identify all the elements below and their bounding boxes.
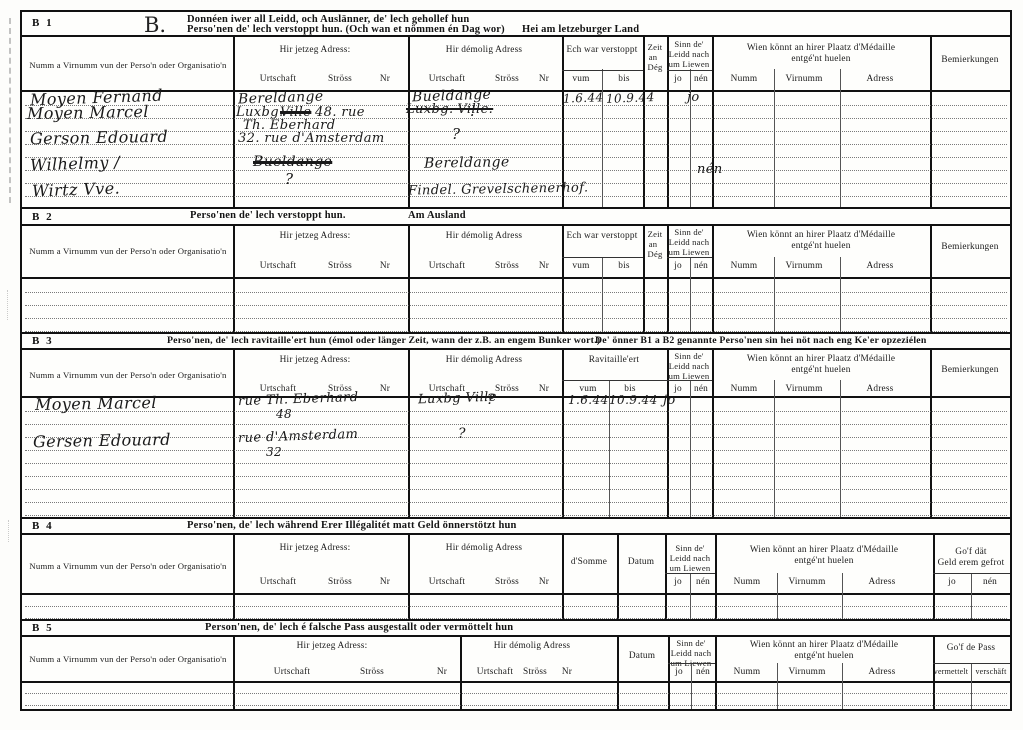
- divider-horizontal: [22, 277, 1010, 279]
- col-header-jo: jo: [948, 577, 956, 587]
- col-header-medaille: Wien könnt an hirer Plaatz d'Médaille: [750, 545, 898, 555]
- col-header-vum: vum: [572, 261, 589, 271]
- dotted-row-line: [25, 118, 1007, 119]
- section-title-note: De' önner B1 a B2 genannte Perso'nen sin…: [595, 335, 926, 346]
- section-title: Perso'nen de' lech verstoppt hun.: [190, 210, 346, 221]
- col-header-nr: Nr: [539, 261, 549, 271]
- divider-horizontal: [22, 635, 1010, 637]
- col-header-stross: Ströss: [523, 667, 547, 677]
- col-header-name: Numm a Virnumm vun der Perso'n oder Orga…: [29, 561, 226, 571]
- handwritten-date: 10.9.44: [609, 393, 658, 407]
- handwritten-address: Bereldange: [424, 154, 510, 171]
- scan-artifact: [8, 520, 9, 542]
- col-header-adress: Adress: [866, 384, 893, 394]
- handwritten-name: Wirtz Vve.: [32, 178, 121, 200]
- divider-horizontal-thin: [668, 663, 715, 664]
- col-header-stross: Ströss: [495, 384, 519, 394]
- col-header-name: Numm a Virnumm vun der Perso'n oder Orga…: [29, 654, 226, 664]
- section-b4: B 4 Perso'nen, de' lech während Erer Ill…: [20, 517, 1012, 623]
- col-header-sinn: Leidd nach: [671, 648, 711, 658]
- col-header-sinn: um Liewen: [669, 59, 710, 69]
- handwritten-address-struck: Luxbg.-Ville.: [406, 102, 493, 117]
- divider-vertical: [460, 635, 462, 709]
- col-header-nr: Nr: [380, 74, 390, 84]
- col-header-sinn: Leidd nach: [669, 237, 709, 247]
- divider-vertical: [715, 533, 717, 621]
- divider-horizontal: [22, 593, 1010, 595]
- dotted-row-line: [25, 705, 1007, 706]
- section-code: B 3: [32, 335, 54, 347]
- dotted-row-line: [25, 606, 1007, 607]
- dotted-row-line: [25, 131, 1007, 132]
- scanned-form-page: B 1 B. Donnéen iwer all Leidd, och Auslä…: [0, 0, 1023, 730]
- handwritten-answer: jo: [663, 393, 676, 408]
- col-header-urtschaft: Urtschaft: [477, 667, 513, 677]
- col-header-sinn: um Liewen: [669, 247, 710, 257]
- section-code: B 2: [32, 211, 54, 223]
- col-header-sinn: Sinn de': [674, 227, 703, 237]
- handwritten-question-mark: ?: [452, 125, 460, 143]
- col-header-adress: Adress: [868, 577, 895, 587]
- handwritten-date: 1.6.44: [563, 90, 604, 105]
- handwritten-name: Gersen Edouard: [33, 430, 171, 451]
- col-header-bemierkungen: Bemierkungen: [941, 365, 998, 375]
- divider-vertical: [665, 533, 667, 621]
- col-header-adress: Adress: [866, 74, 893, 84]
- col-header-demolig-adress: Hir démolig Adress: [494, 641, 570, 651]
- handwritten-question-mark: ?: [458, 426, 466, 442]
- col-header-stross: Ströss: [495, 261, 519, 271]
- col-header-numm: Numm: [731, 384, 758, 394]
- dotted-row-line: [25, 105, 1007, 106]
- divider-vertical-thin: [691, 663, 692, 709]
- dotted-row-line: [25, 157, 1007, 158]
- handwritten-house-number: 32: [266, 445, 282, 459]
- scan-artifact: [9, 18, 11, 203]
- divider-horizontal: [22, 396, 1010, 398]
- section-code: B 4: [32, 520, 54, 532]
- divider-vertical-thin: [842, 573, 843, 621]
- dotted-row-line: [25, 144, 1007, 145]
- divider-vertical: [668, 635, 670, 709]
- dotted-row-line: [25, 305, 1007, 306]
- col-header-urtschaft: Urtschaft: [260, 74, 296, 84]
- col-header-urtschaft: Urtschaft: [260, 577, 296, 587]
- divider-vertical-thin: [602, 257, 603, 334]
- dotted-row-line: [25, 411, 1007, 412]
- col-header-stross: Ströss: [495, 74, 519, 84]
- col-header-jetzeg-adress: Hir jetzeg Adress:: [280, 355, 351, 365]
- col-header-nen: nén: [694, 384, 708, 394]
- col-header-medaille: Wien könnt an hirer Plaatz d'Médaille: [747, 230, 895, 240]
- col-header-zeit: Zeit: [648, 229, 663, 239]
- divider-horizontal: [22, 35, 1010, 37]
- col-header-verstoppt: Ech war verstoppt: [566, 45, 637, 55]
- col-header-nr: Nr: [539, 384, 549, 394]
- col-header-medaille: entgé'nt huelen: [791, 365, 850, 375]
- divider-vertical: [233, 635, 235, 709]
- divider-vertical-thin: [971, 573, 972, 621]
- divider-vertical: [617, 635, 619, 709]
- col-header-nr: Nr: [437, 667, 447, 677]
- col-header-jo: jo: [674, 577, 682, 587]
- handwritten-answer: nén: [697, 162, 723, 177]
- section-title: Perso'nen, de' lech ravitaille'ert hun (…: [167, 335, 600, 346]
- handwritten-answer: jo: [687, 90, 700, 105]
- col-header-adress: Adress: [866, 261, 893, 271]
- col-header-sinn: Leidd nach: [669, 49, 709, 59]
- divider-horizontal: [22, 533, 1010, 535]
- handwritten-mark: !: [470, 102, 476, 120]
- col-header-name: Numm a Virnumm vun der Perso'n oder Orga…: [29, 60, 226, 70]
- col-header-sinn: Leidd nach: [670, 553, 710, 563]
- divider-vertical-thin: [774, 257, 775, 334]
- col-header-nr: Nr: [539, 577, 549, 587]
- divider-horizontal-thin: [667, 380, 712, 381]
- col-header-nr: Nr: [380, 384, 390, 394]
- col-header-numm: Numm: [731, 74, 758, 84]
- col-header-urtschaft: Urtschaft: [429, 577, 465, 587]
- divider-vertical-thin: [971, 663, 972, 709]
- divider-vertical: [667, 348, 669, 519]
- handwritten-address: Findel. Grevelschenerhof.: [408, 180, 589, 198]
- col-header-demolig-adress: Hir démolig Adress: [446, 355, 522, 365]
- col-header-stross: Ströss: [328, 74, 352, 84]
- divider-vertical: [712, 348, 714, 519]
- divider-horizontal: [22, 224, 1010, 226]
- divider-vertical-thin: [840, 257, 841, 334]
- col-header-stross: Ströss: [495, 577, 519, 587]
- dotted-row-line: [25, 437, 1007, 438]
- col-header-nen: nén: [696, 667, 710, 677]
- divider-vertical-thin: [842, 663, 843, 709]
- col-header-urtschaft: Urtschaft: [274, 667, 310, 677]
- dotted-row-line: [25, 515, 1007, 516]
- col-header-numm: Numm: [734, 667, 761, 677]
- dotted-row-line: [25, 476, 1007, 477]
- col-header-adress: Adress: [868, 667, 895, 677]
- divider-vertical: [408, 348, 410, 519]
- col-header-bemierkungen: Bemierkungen: [941, 55, 998, 65]
- col-header-bis: bis: [618, 261, 629, 271]
- col-header-sinn: Sinn de': [675, 543, 704, 553]
- dotted-row-line: [25, 292, 1007, 293]
- col-header-zeit: Zeit: [648, 42, 663, 52]
- dotted-row-line: [25, 450, 1007, 451]
- col-header-ravitailleert: Ravitaille'ert: [589, 355, 639, 365]
- section-title: Perso'nen, de' lech während Erer Illégal…: [187, 520, 517, 531]
- col-header-datum: Datum: [628, 557, 654, 567]
- handwritten-date: 10.9.44: [606, 90, 655, 106]
- col-header-zeit: an: [649, 52, 658, 62]
- handwritten-question-mark: ?: [487, 392, 495, 408]
- col-header-name: Numm a Virnumm vun der Perso'n oder Orga…: [29, 370, 226, 380]
- col-header-zeit: an: [649, 239, 658, 249]
- col-header-virnumm: Virnumm: [786, 261, 823, 271]
- col-header-nen: nén: [694, 261, 708, 271]
- divider-vertical: [930, 348, 932, 519]
- col-header-medaille: entgé'nt huelen: [791, 54, 850, 64]
- divider-horizontal-thin: [933, 663, 1010, 664]
- divider-horizontal-thin: [562, 70, 643, 71]
- divider-horizontal: [22, 681, 1010, 683]
- section-b2: B 2 Perso'nen de' lech verstoppt hun. Am…: [20, 207, 1012, 336]
- col-header-numm: Numm: [734, 577, 761, 587]
- col-header-demolig-adress: Hir démolig Adress: [446, 543, 522, 553]
- dotted-row-line: [25, 502, 1007, 503]
- dotted-row-line: [25, 318, 1007, 319]
- col-header-stross: Ströss: [328, 577, 352, 587]
- col-header-medaille: Wien könnt an hirer Plaatz d'Médaille: [747, 43, 895, 53]
- divider-vertical: [562, 348, 564, 519]
- dotted-row-line: [25, 463, 1007, 464]
- col-header-nen: nén: [694, 74, 708, 84]
- col-header-stross: Ströss: [360, 667, 384, 677]
- col-header-jo: jo: [674, 74, 682, 84]
- dotted-row-line: [25, 424, 1007, 425]
- col-header-sinn: Sinn de': [676, 638, 705, 648]
- col-header-nen: nén: [696, 577, 710, 587]
- col-header-stross: Ströss: [328, 261, 352, 271]
- section-b3: B 3 Perso'nen, de' lech ravitaille'ert h…: [20, 332, 1012, 521]
- handwritten-question-mark: ?: [285, 170, 293, 188]
- col-header-numm: Numm: [731, 261, 758, 271]
- col-header-medaille: Wien könnt an hirer Plaatz d'Médaille: [747, 354, 895, 364]
- col-header-jetzeg-adress: Hir jetzeg Adress:: [280, 543, 351, 553]
- col-header-nr: Nr: [380, 577, 390, 587]
- divider-vertical-thin: [774, 69, 775, 209]
- section-code: B 1: [32, 17, 54, 29]
- divider-vertical: [933, 533, 935, 621]
- divider-vertical-thin: [777, 573, 778, 621]
- handwritten-address: 32. rue d'Amsterdam: [238, 131, 385, 146]
- divider-horizontal-thin: [665, 573, 715, 574]
- col-header-medaille: entgé'nt huelen: [791, 241, 850, 251]
- col-header-virnumm: Virnumm: [789, 667, 826, 677]
- handwritten-name: Gerson Edouard: [30, 127, 168, 148]
- section-code: B 5: [32, 622, 54, 634]
- divider-horizontal-thin: [562, 380, 667, 381]
- col-header-medaille: entgé'nt huelen: [794, 556, 853, 566]
- col-header-dsomme: d'Somme: [571, 557, 607, 567]
- divider-vertical: [233, 348, 235, 519]
- col-header-sinn: Leidd nach: [669, 361, 709, 371]
- col-header-virnumm: Virnumm: [786, 74, 823, 84]
- col-header-virnumm: Virnumm: [789, 577, 826, 587]
- divider-horizontal-thin: [667, 70, 712, 71]
- col-header-sinn: Sinn de': [674, 39, 703, 49]
- divider-vertical: [715, 635, 717, 709]
- col-header-zeit: Dég: [648, 62, 663, 72]
- handwritten-name: Moyen Marcel: [27, 102, 149, 123]
- col-header-nen: nén: [983, 577, 997, 587]
- divider-horizontal-thin: [562, 257, 643, 258]
- handwritten-name: Moyen Marcel: [35, 393, 157, 414]
- col-header-verschaft: verschäft: [975, 667, 1006, 676]
- col-header-nr: Nr: [562, 667, 572, 677]
- col-header-verstoppt: Ech war verstoppt: [566, 231, 637, 241]
- dotted-row-line: [25, 693, 1007, 694]
- divider-horizontal: [22, 90, 1010, 92]
- divider-vertical: [933, 635, 935, 709]
- col-header-demolig-adress: Hir démolig Adress: [446, 45, 522, 55]
- col-header-demolig-adress: Hir démolig Adress: [446, 231, 522, 241]
- handwritten-address-struck: Bueldange: [253, 154, 332, 170]
- col-header-pass: Go'f de Pass: [947, 643, 996, 653]
- col-header-jetzeg-adress: Hir jetzeg Adress:: [280, 231, 351, 241]
- section-title-location: Am Ausland: [408, 210, 466, 221]
- col-header-zeit: Dég: [648, 249, 663, 259]
- col-header-jetzeg-adress: Hir jetzeg Adress:: [280, 45, 351, 55]
- col-header-sinn: Sinn de': [674, 351, 703, 361]
- handwritten-date: 1.6.44: [568, 393, 609, 407]
- section-title-location: Hei am letzeburger Land: [522, 24, 639, 35]
- divider-vertical-thin: [690, 573, 691, 621]
- col-header-sinn: um Liewen: [670, 563, 711, 573]
- col-header-bis: bis: [618, 74, 629, 84]
- scan-artifact: [7, 290, 8, 320]
- col-header-virnumm: Virnumm: [786, 384, 823, 394]
- col-header-urtschaft: Urtschaft: [429, 74, 465, 84]
- section-title: Person'nen, de' lech é falsche Pass ausg…: [205, 622, 513, 633]
- dotted-row-line: [25, 170, 1007, 171]
- section-title: Perso'nen de' lech verstoppt hun. (Och w…: [187, 24, 505, 35]
- col-header-bemierkungen: Bemierkungen: [941, 242, 998, 252]
- col-header-geld: Geld erem gefrot: [938, 558, 1005, 568]
- col-header-urtschaft: Urtschaft: [260, 261, 296, 271]
- col-header-jetzeg-adress: Hir jetzeg Adress:: [297, 641, 368, 651]
- divider-vertical: [408, 533, 410, 621]
- handwritten-house-number: 48: [276, 407, 292, 421]
- col-header-vum: vum: [572, 74, 589, 84]
- dotted-row-line: [25, 489, 1007, 490]
- handwritten-address: Luxbg Ville: [418, 390, 497, 408]
- divider-vertical: [562, 533, 564, 621]
- form-letter: B.: [144, 13, 166, 37]
- col-header-urtschaft: Urtschaft: [429, 261, 465, 271]
- divider-horizontal: [22, 348, 1010, 350]
- col-header-jo: jo: [674, 261, 682, 271]
- divider-vertical: [617, 533, 619, 621]
- divider-vertical-thin: [690, 257, 691, 334]
- col-header-nr: Nr: [539, 74, 549, 84]
- col-header-nr: Nr: [380, 261, 390, 271]
- divider-vertical-thin: [840, 69, 841, 209]
- divider-vertical: [233, 533, 235, 621]
- col-header-medaille: Wien könnt an hirer Plaatz d'Médaille: [750, 640, 898, 650]
- col-header-medaille: entgé'nt huelen: [794, 651, 853, 661]
- divider-horizontal-thin: [933, 573, 1010, 574]
- col-header-vermettelt: vermettelt: [934, 667, 968, 676]
- col-header-jo: jo: [675, 667, 683, 677]
- divider-horizontal-thin: [667, 257, 712, 258]
- divider-vertical-thin: [777, 663, 778, 709]
- col-header-name: Numm a Virnumm vun der Perso'n oder Orga…: [29, 246, 226, 256]
- section-b5: B 5 Person'nen, de' lech é falsche Pass …: [20, 619, 1012, 711]
- col-header-datum: Datum: [629, 651, 655, 661]
- col-header-geld: Go'f dät: [955, 547, 986, 557]
- handwritten-name: Wilhelmy /: [30, 152, 121, 174]
